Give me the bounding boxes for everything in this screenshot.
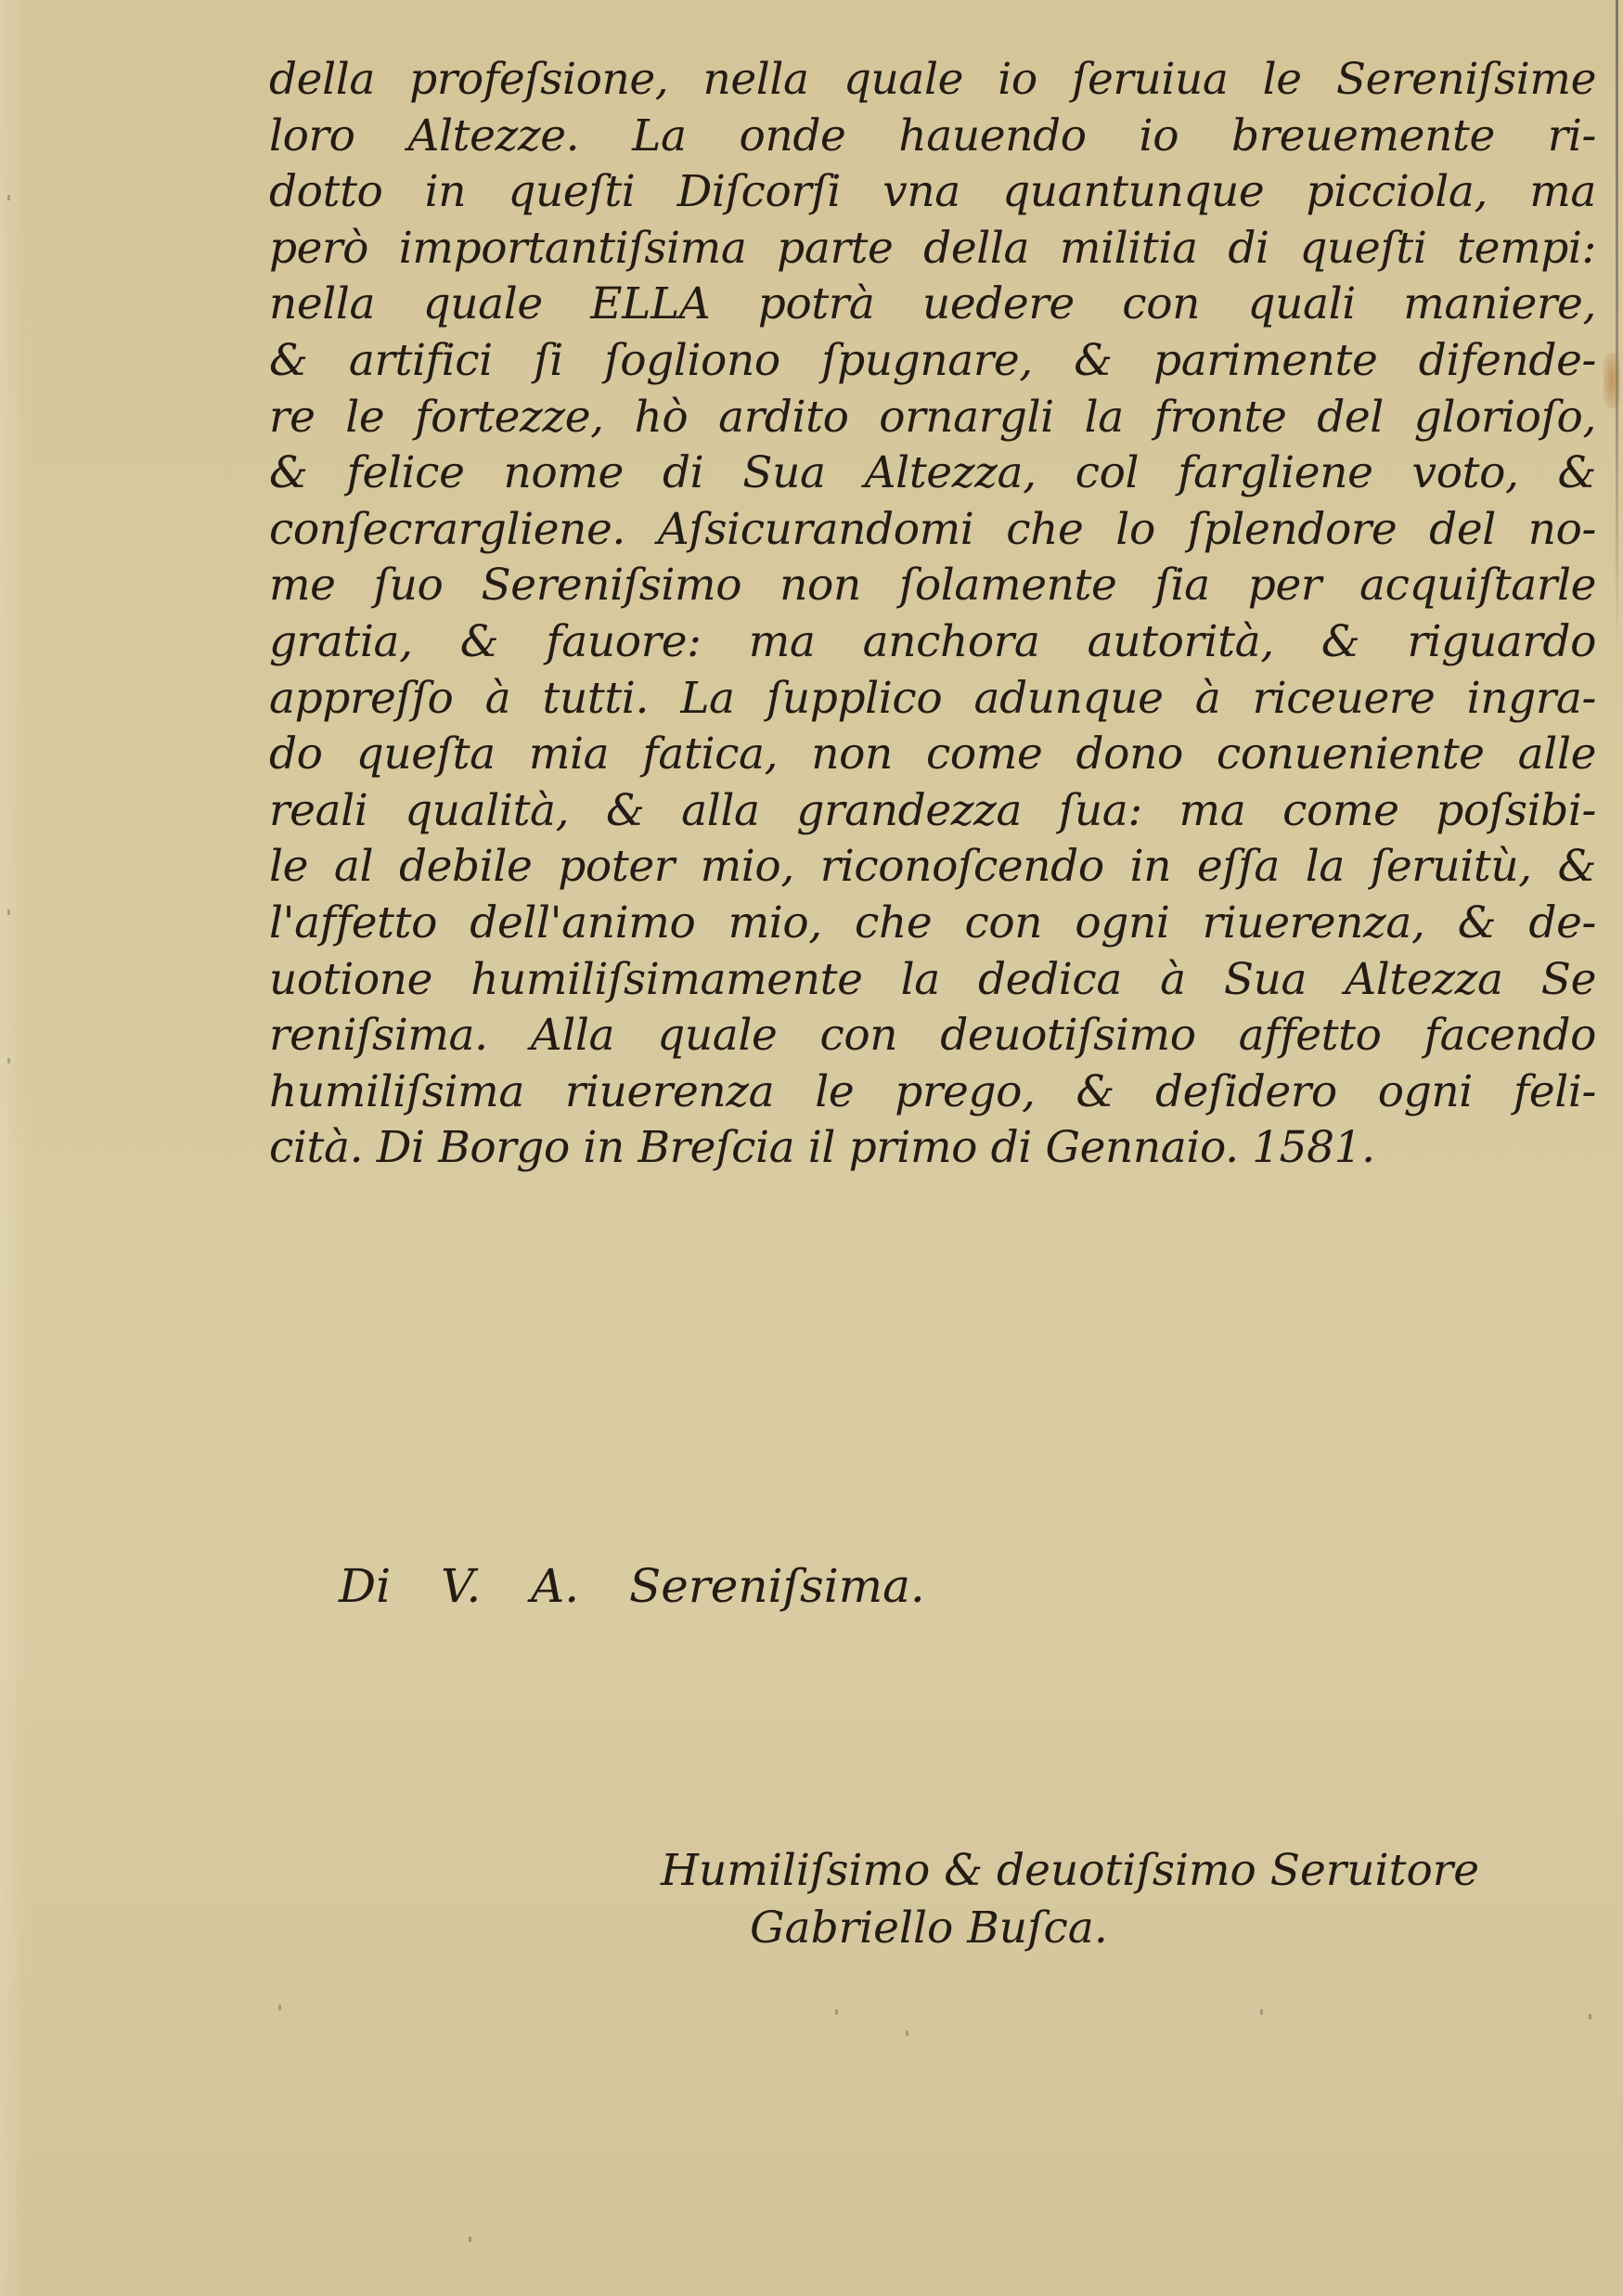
text-line: nella quale ELLA potrà uedere con quali … — [269, 277, 1596, 333]
text-line: l'affetto dell'animo mio, che con ogni r… — [269, 896, 1596, 952]
text-line: però importantiſsima parte della militia… — [269, 221, 1596, 277]
page-edge-line — [1616, 0, 1618, 650]
speck — [469, 2237, 471, 2242]
text-line: humiliſsima riuerenza le prego, & deſide… — [269, 1064, 1596, 1121]
text-line-dateline: cità. Di Borgo in Breſcia il primo di Ge… — [269, 1120, 1596, 1177]
text-line: re le fortezze, hò ardito ornargli la fr… — [269, 390, 1596, 446]
text-line: conſecrargliene. Aſsicurandomi che lo ſp… — [269, 502, 1596, 559]
text-line: reniſsima. Alla quale con deuotiſsimo af… — [269, 1008, 1596, 1064]
speck — [7, 1058, 10, 1064]
speck — [1589, 2014, 1591, 2019]
book-page: della profeſsione, nella quale io ſeruiu… — [0, 0, 1623, 2296]
dedication-body-text: della profeſsione, nella quale io ſeruiu… — [269, 52, 1596, 1177]
text-line: gratia, & fauore: ma anchora autorità, &… — [269, 614, 1596, 671]
paper-stain — [1604, 353, 1620, 408]
signature-closing: Humiliſsimo & deuotiſsimo Seruitore — [661, 1842, 1479, 1900]
speck — [835, 2009, 838, 2015]
text-line: & felice nome di Sua Altezza, col fargli… — [269, 445, 1596, 502]
text-line: le al debile poter mio, riconoſcendo in … — [269, 839, 1596, 896]
text-line: reali qualità, & alla grandezza ſua: ma … — [269, 783, 1596, 840]
text-line: me ſuo Sereniſsimo non ſolamente ſia per… — [269, 558, 1596, 614]
text-line: uotione humiliſsimamente la dedica à Sua… — [269, 952, 1596, 1009]
text-line: loro Altezze. La onde hauendo io breueme… — [269, 109, 1596, 165]
speck — [906, 2031, 908, 2036]
salutation: Di V. A. Sereniſsima. — [339, 1559, 925, 1613]
text-line: appreſſo à tutti. La ſupplico adunque à … — [269, 671, 1596, 728]
speck — [278, 2005, 281, 2010]
speck — [7, 195, 10, 200]
signature-block: Humiliſsimo & deuotiſsimo Seruitore Gabr… — [661, 1842, 1479, 1957]
text-line: dotto in queſti Diſcorſi vna quantunque … — [269, 164, 1596, 221]
text-line: & artifici ſi ſogliono ſpugnare, & parim… — [269, 333, 1596, 390]
text-line: do queſta mia fatica, non come dono conu… — [269, 727, 1596, 783]
speck — [1260, 2009, 1263, 2015]
speck — [7, 909, 10, 915]
text-line: della profeſsione, nella quale io ſeruiu… — [269, 52, 1596, 109]
signature-author-name: Gabriello Buſca. — [661, 1900, 1479, 1957]
